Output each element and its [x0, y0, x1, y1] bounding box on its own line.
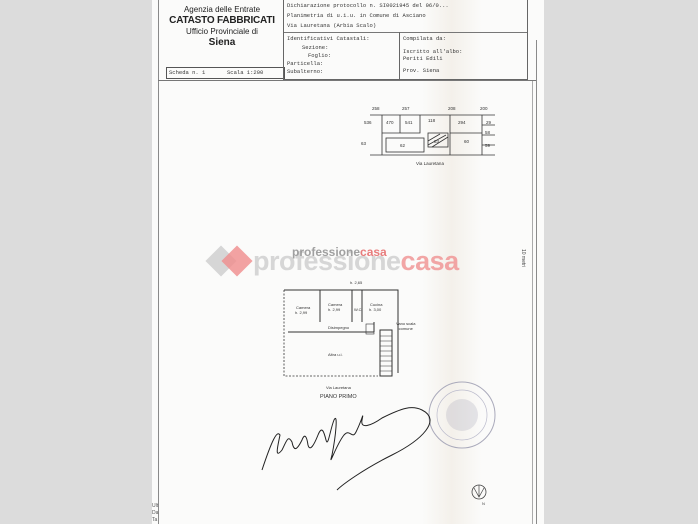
- margin-label: Ta: [152, 517, 158, 524]
- drawing-frame-top: [158, 80, 536, 81]
- field-subalterno: Subalterno:: [287, 68, 323, 76]
- margin-label: Da: [152, 510, 158, 517]
- office-name: Ufficio Provinciale di: [162, 26, 282, 37]
- parcel-118: 118: [428, 118, 436, 123]
- north-arrow-icon: N: [470, 483, 490, 507]
- compiler-title: Compilata da:: [403, 35, 446, 43]
- field-sezione: Sezione:: [302, 44, 328, 52]
- watermark-logo-icon: [200, 242, 256, 282]
- divider: [284, 32, 527, 33]
- floor-plan: h. 2,65 Camera h. 2,99 Camera h. 2,99 W.…: [280, 278, 410, 383]
- left-border-line: [158, 0, 159, 524]
- room-hallway: Disimpegno: [328, 325, 350, 330]
- site-plan: 258 257 208 200 536 470 541 118 294 29 5…: [360, 103, 500, 165]
- right-inner-line: [532, 80, 533, 524]
- parcel-208: 208: [448, 106, 456, 111]
- parcel-83: 83: [434, 139, 440, 144]
- parcel-59: 59: [485, 143, 491, 148]
- signature: [252, 390, 492, 500]
- parcel-541: 541: [405, 120, 413, 125]
- parcel-536: 536: [364, 120, 372, 125]
- parcel-29: 29: [486, 120, 492, 125]
- parcel-62: 62: [400, 143, 406, 148]
- site-street: Via Lauretana: [416, 161, 444, 165]
- declaration-box: Dichiarazione protocollo n. SI0021945 de…: [283, 0, 528, 80]
- registered-body: Periti Edili: [403, 55, 443, 63]
- watermark-prefix-small: professione: [292, 245, 360, 259]
- right-border-line: [536, 40, 537, 524]
- watermark-suffix: casa: [401, 246, 459, 276]
- province: Prov. Siena: [403, 67, 439, 75]
- stair-label: Vano scala comune: [396, 321, 416, 331]
- stair-label-line2: comune: [396, 326, 416, 331]
- room-kitchen-height: h. 3,00: [369, 307, 382, 312]
- parcel-200: 200: [480, 106, 488, 111]
- parcel-294: 294: [458, 120, 466, 125]
- sheet-box: Scheda n. 1 Scala 1:200: [166, 67, 285, 79]
- agency-header: Agenzia delle Entrate CATASTO FABBRICATI…: [162, 4, 282, 48]
- watermark-text-small: professionecasa: [292, 245, 387, 259]
- parcel-58: 58: [485, 130, 491, 135]
- field-foglio: Foglio:: [308, 52, 331, 60]
- room-other-unit: Altra u.i.: [328, 352, 343, 357]
- declaration-number: Dichiarazione protocollo n. SI0021945 de…: [287, 2, 449, 10]
- parcel-470: 470: [386, 120, 394, 125]
- address: Via Lauretana (Arbia Scalo): [287, 22, 376, 30]
- identifiers-title: Identificativi Catastali:: [287, 35, 370, 43]
- room-camera-2-height: h. 2,99: [328, 307, 341, 312]
- city-name: Siena: [162, 37, 282, 48]
- scale-note: 10 metri: [520, 249, 526, 267]
- margin-label: Ult: [152, 503, 158, 510]
- registry-name: CATASTO FABBRICATI: [162, 15, 282, 26]
- divider: [399, 32, 400, 79]
- parcel-60: 60: [464, 139, 470, 144]
- field-particella: Particella:: [287, 60, 323, 68]
- watermark-suffix-small: casa: [360, 245, 387, 259]
- room-camera-1-height: h. 2,99: [295, 310, 308, 315]
- parcel-258: 258: [372, 106, 380, 111]
- top-height: h. 2,65: [350, 280, 363, 285]
- parcel-257: 257: [402, 106, 410, 111]
- plan-title: Planimetria di u.i.u. in Comune di Ascia…: [287, 12, 426, 20]
- parcel-63: 63: [361, 141, 367, 146]
- room-wc: W.C.: [354, 307, 363, 312]
- agency-name: Agenzia delle Entrate: [162, 4, 282, 15]
- sheet-scale: Scala 1:200: [227, 69, 263, 77]
- north-label: N: [482, 501, 485, 506]
- bottom-margin-labels: Ult Da Ta: [152, 503, 158, 524]
- sheet-number: Scheda n. 1: [169, 69, 205, 77]
